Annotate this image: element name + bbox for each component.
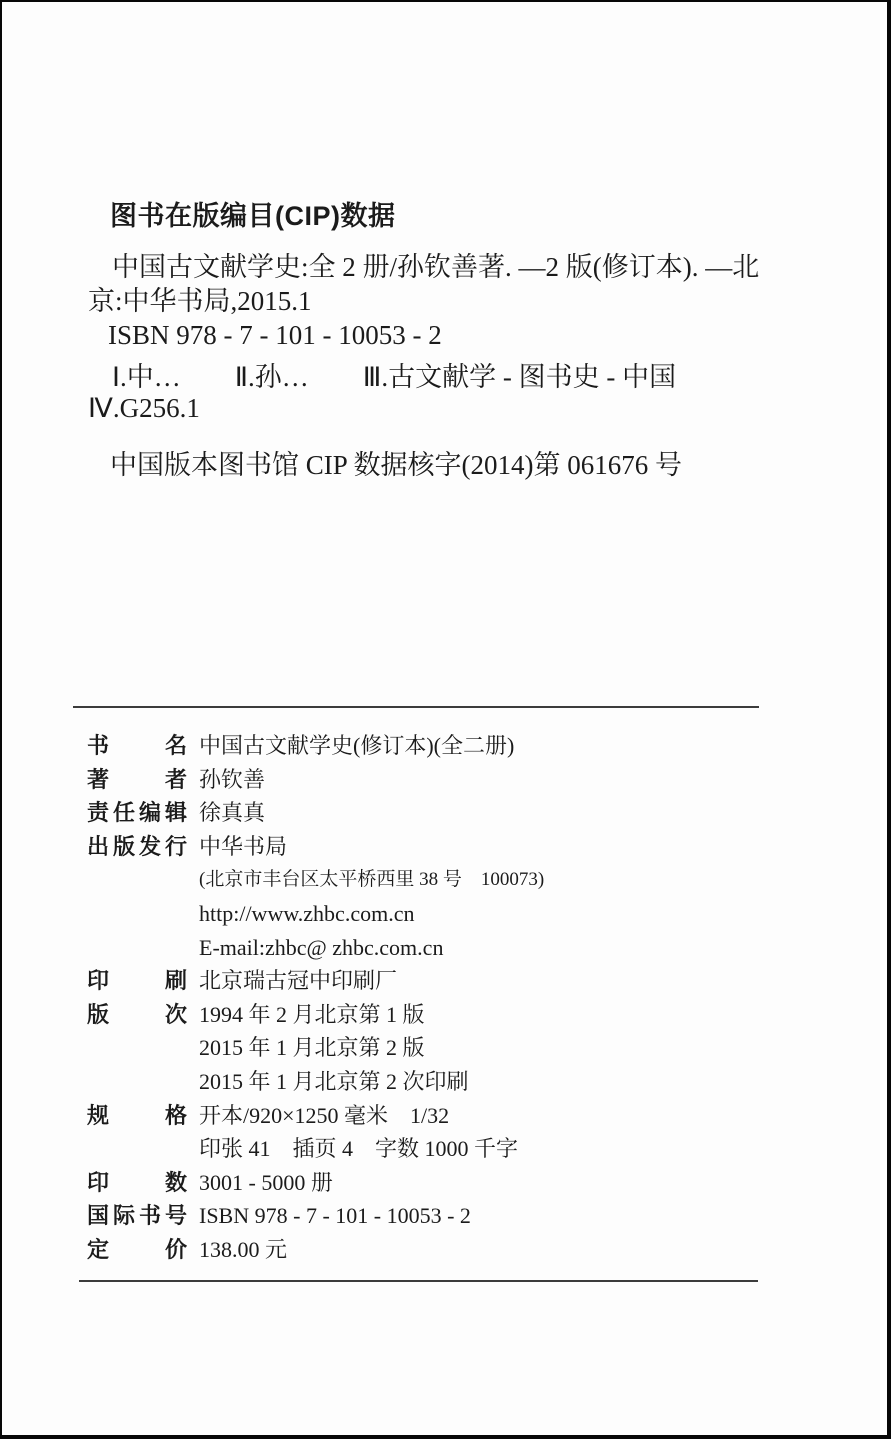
colophon-row-price: 定价 138.00 元 xyxy=(87,1233,807,1267)
colophon-row-publisher-address: (北京市丰台区太平桥西里 38 号 100073) xyxy=(87,863,807,897)
cip-classification: Ⅰ.中… Ⅱ.孙… Ⅲ.古文献学 - 图书史 - 中国 Ⅳ.G256.1 xyxy=(88,362,818,424)
cip-description-line: 中国古文献学史:全 2 册/孙钦善著. —2 版(修订本). —北 xyxy=(112,250,818,284)
colophon-table: 书名 中国古文献学史(修订本)(全二册) 著者 孙钦善 责任编辑 徐真真 出版发… xyxy=(87,729,807,1267)
cip-description-line: 京:中华书局,2015.1 xyxy=(88,284,818,318)
colophon-row-printer: 印刷 北京瑞古冠中印刷厂 xyxy=(87,964,807,998)
colophon-row-author: 著者 孙钦善 xyxy=(87,763,807,797)
field-value: http://www.zhbc.com.cn xyxy=(199,897,414,931)
divider-bottom xyxy=(79,1280,758,1282)
field-value: 徐真真 xyxy=(199,796,265,830)
field-value: 印张 41 插页 4 字数 1000 千字 xyxy=(199,1132,518,1166)
field-label: 国际书号 xyxy=(87,1199,187,1233)
colophon-row-format2: 印张 41 插页 4 字数 1000 千字 xyxy=(87,1132,807,1166)
colophon-row-edition: 版次 1994 年 2 月北京第 1 版 xyxy=(87,998,807,1032)
colophon-row-publisher-website: http://www.zhbc.com.cn xyxy=(87,897,807,931)
field-value: ISBN 978 - 7 - 101 - 10053 - 2 xyxy=(199,1199,471,1233)
field-value: 2015 年 1 月北京第 2 次印刷 xyxy=(199,1065,469,1099)
colophon-row-title: 书名 中国古文献学史(修订本)(全二册) xyxy=(87,729,807,763)
field-value: 中华书局 xyxy=(199,830,287,864)
field-value: 北京瑞古冠中印刷厂 xyxy=(199,964,397,998)
colophon-row-editor: 责任编辑 徐真真 xyxy=(87,796,807,830)
field-value: 开本/920×1250 毫米 1/32 xyxy=(199,1099,449,1133)
field-value: 1994 年 2 月北京第 1 版 xyxy=(199,998,425,1032)
book-copyright-page: 图书在版编目(CIP)数据 中国古文献学史:全 2 册/孙钦善著. —2 版(修… xyxy=(0,0,891,1439)
cip-description: 中国古文献学史:全 2 册/孙钦善著. —2 版(修订本). —北 京:中华书局… xyxy=(88,250,818,352)
colophon-row-publisher-email: E-mail:zhbc@ zhbc.com.cn xyxy=(87,931,807,965)
colophon-row-edition2: 2015 年 1 月北京第 2 版 xyxy=(87,1031,807,1065)
field-value: 138.00 元 xyxy=(199,1233,287,1267)
field-label: 印刷 xyxy=(87,964,187,998)
divider-top xyxy=(73,706,759,708)
field-value: 中国古文献学史(修订本)(全二册) xyxy=(199,729,514,763)
field-value: E-mail:zhbc@ zhbc.com.cn xyxy=(199,931,443,965)
cip-isbn-line: ISBN 978 - 7 - 101 - 10053 - 2 xyxy=(108,318,818,352)
field-label: 书名 xyxy=(87,729,187,763)
colophon-row-isbn: 国际书号 ISBN 978 - 7 - 101 - 10053 - 2 xyxy=(87,1199,807,1233)
cip-record-number: 中国版本图书馆 CIP 数据核字(2014)第 061676 号 xyxy=(110,443,682,482)
cip-header: 图书在版编目(CIP)数据 xyxy=(110,194,396,233)
field-value: (北京市丰台区太平桥西里 38 号 100073) xyxy=(199,863,544,897)
field-label: 著者 xyxy=(87,763,187,797)
field-label: 责任编辑 xyxy=(87,796,187,830)
field-value: 2015 年 1 月北京第 2 版 xyxy=(199,1031,425,1065)
cip-classification-line: Ⅰ.中… Ⅱ.孙… Ⅲ.古文献学 - 图书史 - 中国 xyxy=(112,362,818,393)
colophon-row-printing: 2015 年 1 月北京第 2 次印刷 xyxy=(87,1065,807,1099)
field-label: 印数 xyxy=(87,1166,187,1200)
colophon-row-print-run: 印数 3001 - 5000 册 xyxy=(87,1166,807,1200)
field-label: 版次 xyxy=(87,998,187,1032)
colophon-row-publisher: 出版发行 中华书局 xyxy=(87,830,807,864)
field-label: 出版发行 xyxy=(87,830,187,864)
cip-classification-line: Ⅳ.G256.1 xyxy=(88,393,818,424)
field-value: 3001 - 5000 册 xyxy=(199,1166,333,1200)
field-label: 规格 xyxy=(87,1099,187,1133)
field-label: 定价 xyxy=(87,1233,187,1267)
field-value: 孙钦善 xyxy=(199,763,265,797)
colophon-row-format: 规格 开本/920×1250 毫米 1/32 xyxy=(87,1099,807,1133)
